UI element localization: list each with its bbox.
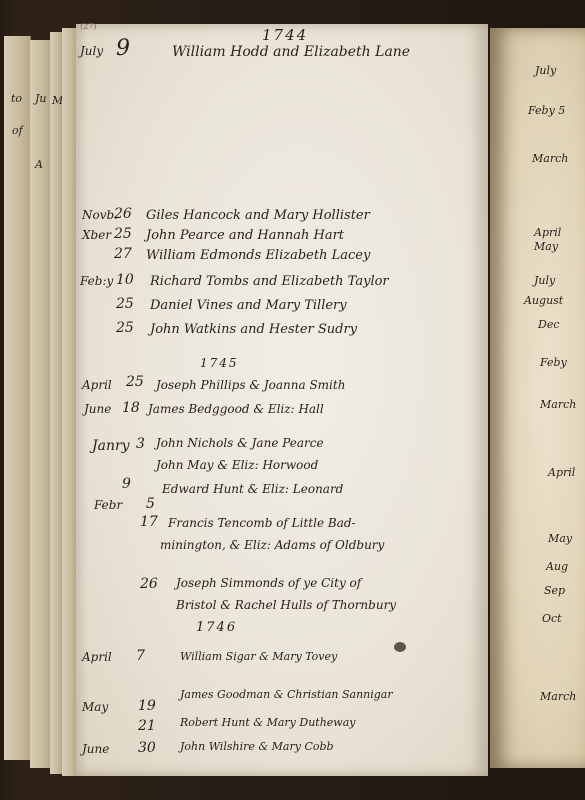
page-edge: to of xyxy=(4,36,31,760)
page-edge xyxy=(62,28,77,776)
entry-names: Richard Tombs and Elizabeth Taylor xyxy=(150,274,389,289)
entry-names: James Goodman & Christian Sannigar xyxy=(180,688,393,701)
folio-number: (27) xyxy=(80,22,96,31)
entry-month: June xyxy=(82,742,109,756)
entry-names: James Bedggood & Eliz: Hall xyxy=(148,402,324,416)
entry-month: June xyxy=(84,402,111,416)
ink-blot xyxy=(394,642,406,652)
entry-day: 19 xyxy=(138,698,156,714)
entry-day: 26 xyxy=(114,206,132,222)
margin-month: Feby xyxy=(540,356,567,369)
entry-names: William Hodd and Elizabeth Lane xyxy=(172,44,410,60)
entry-names: William Sigar & Mary Tovey xyxy=(180,650,337,663)
margin-month: March xyxy=(532,152,568,165)
entry-names: minington, & Eliz: Adams of Oldbury xyxy=(160,538,384,552)
entry-names: Joseph Phillips & Joanna Smith xyxy=(156,378,345,392)
margin-month: March xyxy=(540,398,576,411)
entry-day: 5 xyxy=(146,496,155,512)
margin-month: Dec xyxy=(538,318,560,331)
entry-day: 21 xyxy=(138,718,156,734)
entry-month: April xyxy=(82,378,112,392)
entry-month: Janry xyxy=(92,438,130,454)
entry-names: Bristol & Rachel Hulls of Thornbury xyxy=(176,598,396,612)
entry-names: John Nichols & Jane Pearce xyxy=(156,436,324,450)
entry-names: Edward Hunt & Eliz: Leonard xyxy=(162,482,343,496)
entry-names: Giles Hancock and Mary Hollister xyxy=(146,208,370,223)
margin-month: Feby 5 xyxy=(528,104,565,117)
entry-day: 9 xyxy=(122,476,131,492)
entry-day: 26 xyxy=(140,576,158,592)
page-edge: Ju A xyxy=(30,40,51,768)
entry-names: John May & Eliz: Horwood xyxy=(156,458,318,472)
entry-day: 25 xyxy=(126,374,144,390)
entry-month: Xber xyxy=(82,228,111,242)
entry-names: John Wilshire & Mary Cobb xyxy=(180,740,334,753)
entry-names: John Watkins and Hester Sudry xyxy=(150,322,357,337)
year-heading: 1746 xyxy=(196,620,237,635)
entry-month: April xyxy=(82,650,112,664)
margin-month: July xyxy=(535,64,556,77)
entry-month: July xyxy=(80,44,103,58)
entry-names: William Edmonds Elizabeth Lacey xyxy=(146,248,370,263)
entry-day: 27 xyxy=(114,246,132,262)
margin-month: Oct xyxy=(542,612,562,625)
entry-day: 10 xyxy=(116,272,134,288)
year-heading: 1744 xyxy=(262,26,308,44)
entry-names: Joseph Simmonds of ye City of xyxy=(176,576,361,590)
edge-mark: to xyxy=(11,92,22,105)
edge-mark: of xyxy=(12,124,23,137)
entry-day: 7 xyxy=(136,648,145,664)
entry-names: Francis Tencomb of Little Bad- xyxy=(168,516,356,530)
margin-month: August xyxy=(524,294,563,307)
entry-day: 17 xyxy=(140,514,158,530)
margin-month: April xyxy=(534,226,561,239)
register-page: (27) 1744 July 9 William Hodd and Elizab… xyxy=(76,24,488,776)
entry-day: 30 xyxy=(138,740,156,756)
entry-day: 25 xyxy=(116,320,134,336)
entry-day: 9 xyxy=(116,36,130,61)
entry-day: 25 xyxy=(114,226,132,242)
margin-month: May xyxy=(534,240,558,253)
entry-names: John Pearce and Hannah Hart xyxy=(146,228,344,243)
entry-day: 18 xyxy=(122,400,140,416)
edge-mark: Ju xyxy=(35,92,47,105)
entry-month: Novb. xyxy=(82,208,118,222)
margin-month: April xyxy=(548,466,575,479)
entry-day: 3 xyxy=(136,436,145,452)
year-heading: 1745 xyxy=(200,356,239,370)
margin-month: July xyxy=(534,274,555,287)
right-page: July Feby 5 March April May July August … xyxy=(490,28,585,768)
edge-mark: A xyxy=(35,158,43,171)
margin-month: March xyxy=(540,690,576,703)
entry-month: Febr xyxy=(94,498,122,512)
entry-month: Feb:y xyxy=(80,274,113,288)
entry-day: 25 xyxy=(116,296,134,312)
entry-names: Daniel Vines and Mary Tillery xyxy=(150,298,347,313)
entry-names: Robert Hunt & Mary Dutheway xyxy=(180,716,356,729)
margin-month: Aug xyxy=(546,560,568,573)
margin-month: Sep xyxy=(544,584,565,597)
entry-month: May xyxy=(82,700,108,714)
margin-month: May xyxy=(548,532,572,545)
